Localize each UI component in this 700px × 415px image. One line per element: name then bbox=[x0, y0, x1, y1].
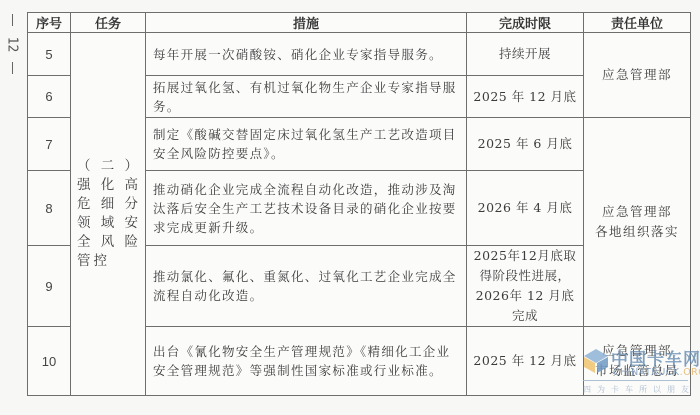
watermark-name-en-suffix: .ORG bbox=[680, 367, 700, 378]
watermark: 中国卡车网 CHINATRUCK.ORG 四为卡车所以朋友 bbox=[583, 345, 698, 405]
header-measure: 措施 bbox=[146, 13, 467, 33]
table-header-row: 序号 任务 措施 完成时限 责任单位 bbox=[28, 13, 691, 33]
deadline: 2025年12月底取得阶段性进展，2026年 12 月底完成 bbox=[467, 246, 584, 327]
responsible-unit: 应急管理部 各地组织落实 bbox=[584, 118, 691, 327]
row-number: 6 bbox=[28, 76, 71, 118]
table-row: 5 （二）强化高危细分领域安全风险管控 每年开展一次硝酸铵、硝化企业专家指导服务… bbox=[28, 33, 691, 76]
row-number: 7 bbox=[28, 118, 71, 171]
task-group: （二）强化高危细分领域安全风险管控 bbox=[71, 33, 146, 396]
deadline: 持续开展 bbox=[467, 33, 584, 76]
row-number: 9 bbox=[28, 246, 71, 327]
responsible-unit: 应急管理部 bbox=[584, 33, 691, 118]
chinatruck-logo-icon bbox=[583, 348, 609, 374]
measure-text: 推动硝化企业完成全流程自动化改造，推动涉及淘汰落后安全生产工艺技术设备目录的硝化… bbox=[146, 171, 467, 246]
watermark-name-en: CHINATRUCK.ORG bbox=[613, 367, 700, 378]
measure-text: 出台《氰化物安全生产管理规范》《精细化工企业安全管理规范》等强制性国家标准或行业… bbox=[146, 327, 467, 396]
watermark-slogan: 四为卡车所以朋友 bbox=[583, 384, 695, 395]
header-unit: 责任单位 bbox=[584, 13, 691, 33]
measure-text: 推动氯化、氟化、重氮化、过氧化工艺企业完成全流程自动化改造。 bbox=[146, 246, 467, 327]
watermark-divider bbox=[583, 380, 688, 381]
measure-text: 制定《酸碱交替固定床过氧化氢生产工艺改造项目安全风险防控要点》。 bbox=[146, 118, 467, 171]
deadline: 2025 年 6 月底 bbox=[467, 118, 584, 171]
deadline: 2026 年 4 月底 bbox=[467, 171, 584, 246]
row-number: 8 bbox=[28, 171, 71, 246]
page-number-value: 12 bbox=[5, 36, 20, 52]
page-number: 12 bbox=[4, 14, 20, 74]
row-number: 5 bbox=[28, 33, 71, 76]
page-number-dash-bottom bbox=[12, 62, 13, 74]
header-task: 任务 bbox=[71, 13, 146, 33]
page-number-dash-top bbox=[12, 14, 13, 26]
header-deadline: 完成时限 bbox=[467, 13, 584, 33]
header-no: 序号 bbox=[28, 13, 71, 33]
measure-text: 每年开展一次硝酸铵、硝化企业专家指导服务。 bbox=[146, 33, 467, 76]
row-number: 10 bbox=[28, 327, 71, 396]
watermark-name-en-main: CHINATRUCK bbox=[613, 367, 680, 378]
measures-table: 序号 任务 措施 完成时限 责任单位 5 （二）强化高危细分领域安全风险管控 每… bbox=[27, 12, 691, 396]
measure-text: 拓展过氧化氢、有机过氧化物生产企业专家指导服务。 bbox=[146, 76, 467, 118]
deadline: 2025 年 12 月底 bbox=[467, 327, 584, 396]
deadline: 2025 年 12 月底 bbox=[467, 76, 584, 118]
